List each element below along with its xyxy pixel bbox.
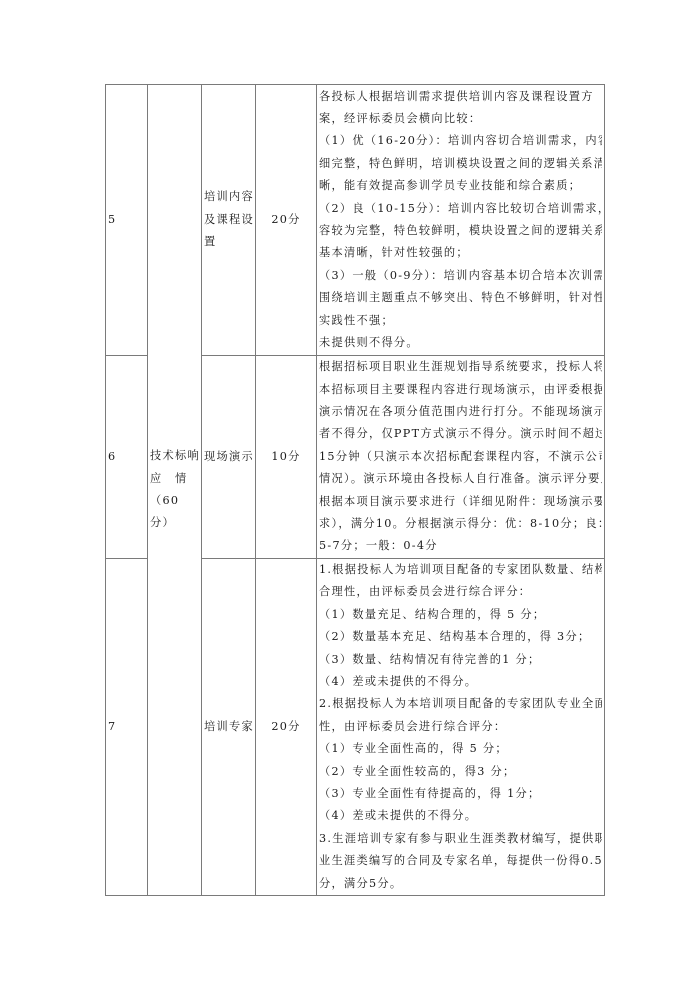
category-label-line: 分） [150,512,199,534]
criteria-line: 15分钟（只演示本次招标配套课程内容，不演示公司 [319,446,602,468]
item-label-line: 置 [204,231,253,253]
criteria-line: 3.生涯培训专家有参与职业生涯类教材编写，提供职 [319,828,602,850]
criteria-cell: 1.根据投标人为培训项目配备的专家团队数量、结构 合理性，由评标委员会进行综合评… [317,559,605,896]
criteria-line: （2）专业全面性较高的，得3 分； [319,761,602,783]
criteria-line: 演示情况在各项分值范围内进行打分。不能现场演示 [319,401,602,423]
criteria-line: 2.根据投标人为本培训项目配备的专家团队专业全面 [319,693,602,715]
item-label-line: 及课程设 [204,209,253,231]
criteria-cell: 根据招标项目职业生涯规划指导系统要求，投标人将 本招标项目主要课程内容进行现场演… [317,356,605,559]
criteria-line: 基本清晰，针对性较强的； [319,242,602,264]
criteria-line: 未提供则不得分。 [319,332,602,354]
item-cell: 现场演示 [202,356,256,559]
scoring-table: 5 技术标响 应 情 况 （60 分） 培训内容 及课程设 置 20分 各投标人… [105,84,605,896]
row-number: 7 [106,559,148,896]
criteria-line: 业生涯类编写的合同及专家名单，每提供一份得0.5 [319,850,602,872]
criteria-line: （4）差或未提供的不得分。 [319,671,602,693]
criteria-line: （2）数量基本充足、结构基本合理的，得 3分； [319,626,602,648]
row-number: 6 [106,356,148,559]
criteria-line: 根据招标项目职业生涯规划指导系统要求，投标人将 [319,356,602,378]
criteria-line: （3）一般（0-9分）：培训内容基本切合培本次训需求， [319,265,602,287]
criteria-line: 细完整，特色鲜明，培训模块设置之间的逻辑关系清 [319,153,602,175]
criteria-line: 5-7分；一般：0-4分 [319,535,602,557]
criteria-line: 根据本项目演示要求进行（详细见附件：现场演示要 [319,491,602,513]
item-cell: 培训内容 及课程设 置 [202,85,256,356]
criteria-line: 各投标人根据培训需求提供培训内容及课程设置方 [319,86,602,108]
document-page: 5 技术标响 应 情 况 （60 分） 培训内容 及课程设 置 20分 各投标人… [0,0,700,989]
category-cell: 技术标响 应 情 况 （60 分） [148,85,202,896]
criteria-line: 本招标项目主要课程内容进行现场演示，由评委根据 [319,379,602,401]
criteria-line: 者不得分，仅PPT方式演示不得分。演示时间不超过 [319,423,602,445]
score-cell: 20分 [256,85,317,356]
row-number: 5 [106,85,148,356]
criteria-line: 分，满分5分。 [319,873,602,895]
criteria-line: （2）良（10-15分）：培训内容比较切合培训需求，内 [319,198,602,220]
criteria-line: 案，经评标委员会横向比较： [319,108,602,130]
criteria-line: （1）数量充足、结构合理的，得 5 分； [319,604,602,626]
criteria-line: （3）数量、结构情况有待完善的1 分； [319,649,602,671]
score-cell: 20分 [256,559,317,896]
criteria-line: 晰，能有效提高参训学员专业技能和综合素质； [319,175,602,197]
item-label-line: 现场演示 [204,446,253,468]
criteria-line: （1）专业全面性高的，得 5 分； [319,738,602,760]
criteria-line: 1.根据投标人为培训项目配备的专家团队数量、结构 [319,559,602,581]
criteria-line: （1）优（16-20分）：培训内容切合培训需求，内容详 [319,130,602,152]
category-label-line: （60 [150,490,199,512]
criteria-line: 性，由评标委员会进行综合评分： [319,716,602,738]
criteria-line: （4）差或未提供的不得分。 [319,805,602,827]
item-label-line: 培训内容 [204,186,253,208]
criteria-line: 情况）。演示环境由各投标人自行准备。演示评分要点 [319,468,602,490]
criteria-line: 求），满分10。分根据演示得分：优：8-10分；良： [319,513,602,535]
criteria-line: 实践性不强； [319,310,602,332]
item-cell: 培训专家 [202,559,256,896]
table-row: 5 技术标响 应 情 况 （60 分） 培训内容 及课程设 置 20分 各投标人… [106,85,605,356]
category-label-line: 应 情 况 [150,468,199,490]
criteria-line: 合理性，由评标委员会进行综合评分： [319,581,602,603]
criteria-line: 围绕培训主题重点不够突出、特色不够鲜明，针对性、 [319,287,602,309]
criteria-cell: 各投标人根据培训需求提供培训内容及课程设置方 案，经评标委员会横向比较： （1）… [317,85,605,356]
item-label-line: 培训专家 [204,716,253,738]
criteria-line: 容较为完整，特色较鲜明，模块设置之间的逻辑关系 [319,220,602,242]
criteria-line: （3）专业全面性有待提高的，得 1分； [319,783,602,805]
score-cell: 10分 [256,356,317,559]
category-label-line: 技术标响 [150,445,199,467]
